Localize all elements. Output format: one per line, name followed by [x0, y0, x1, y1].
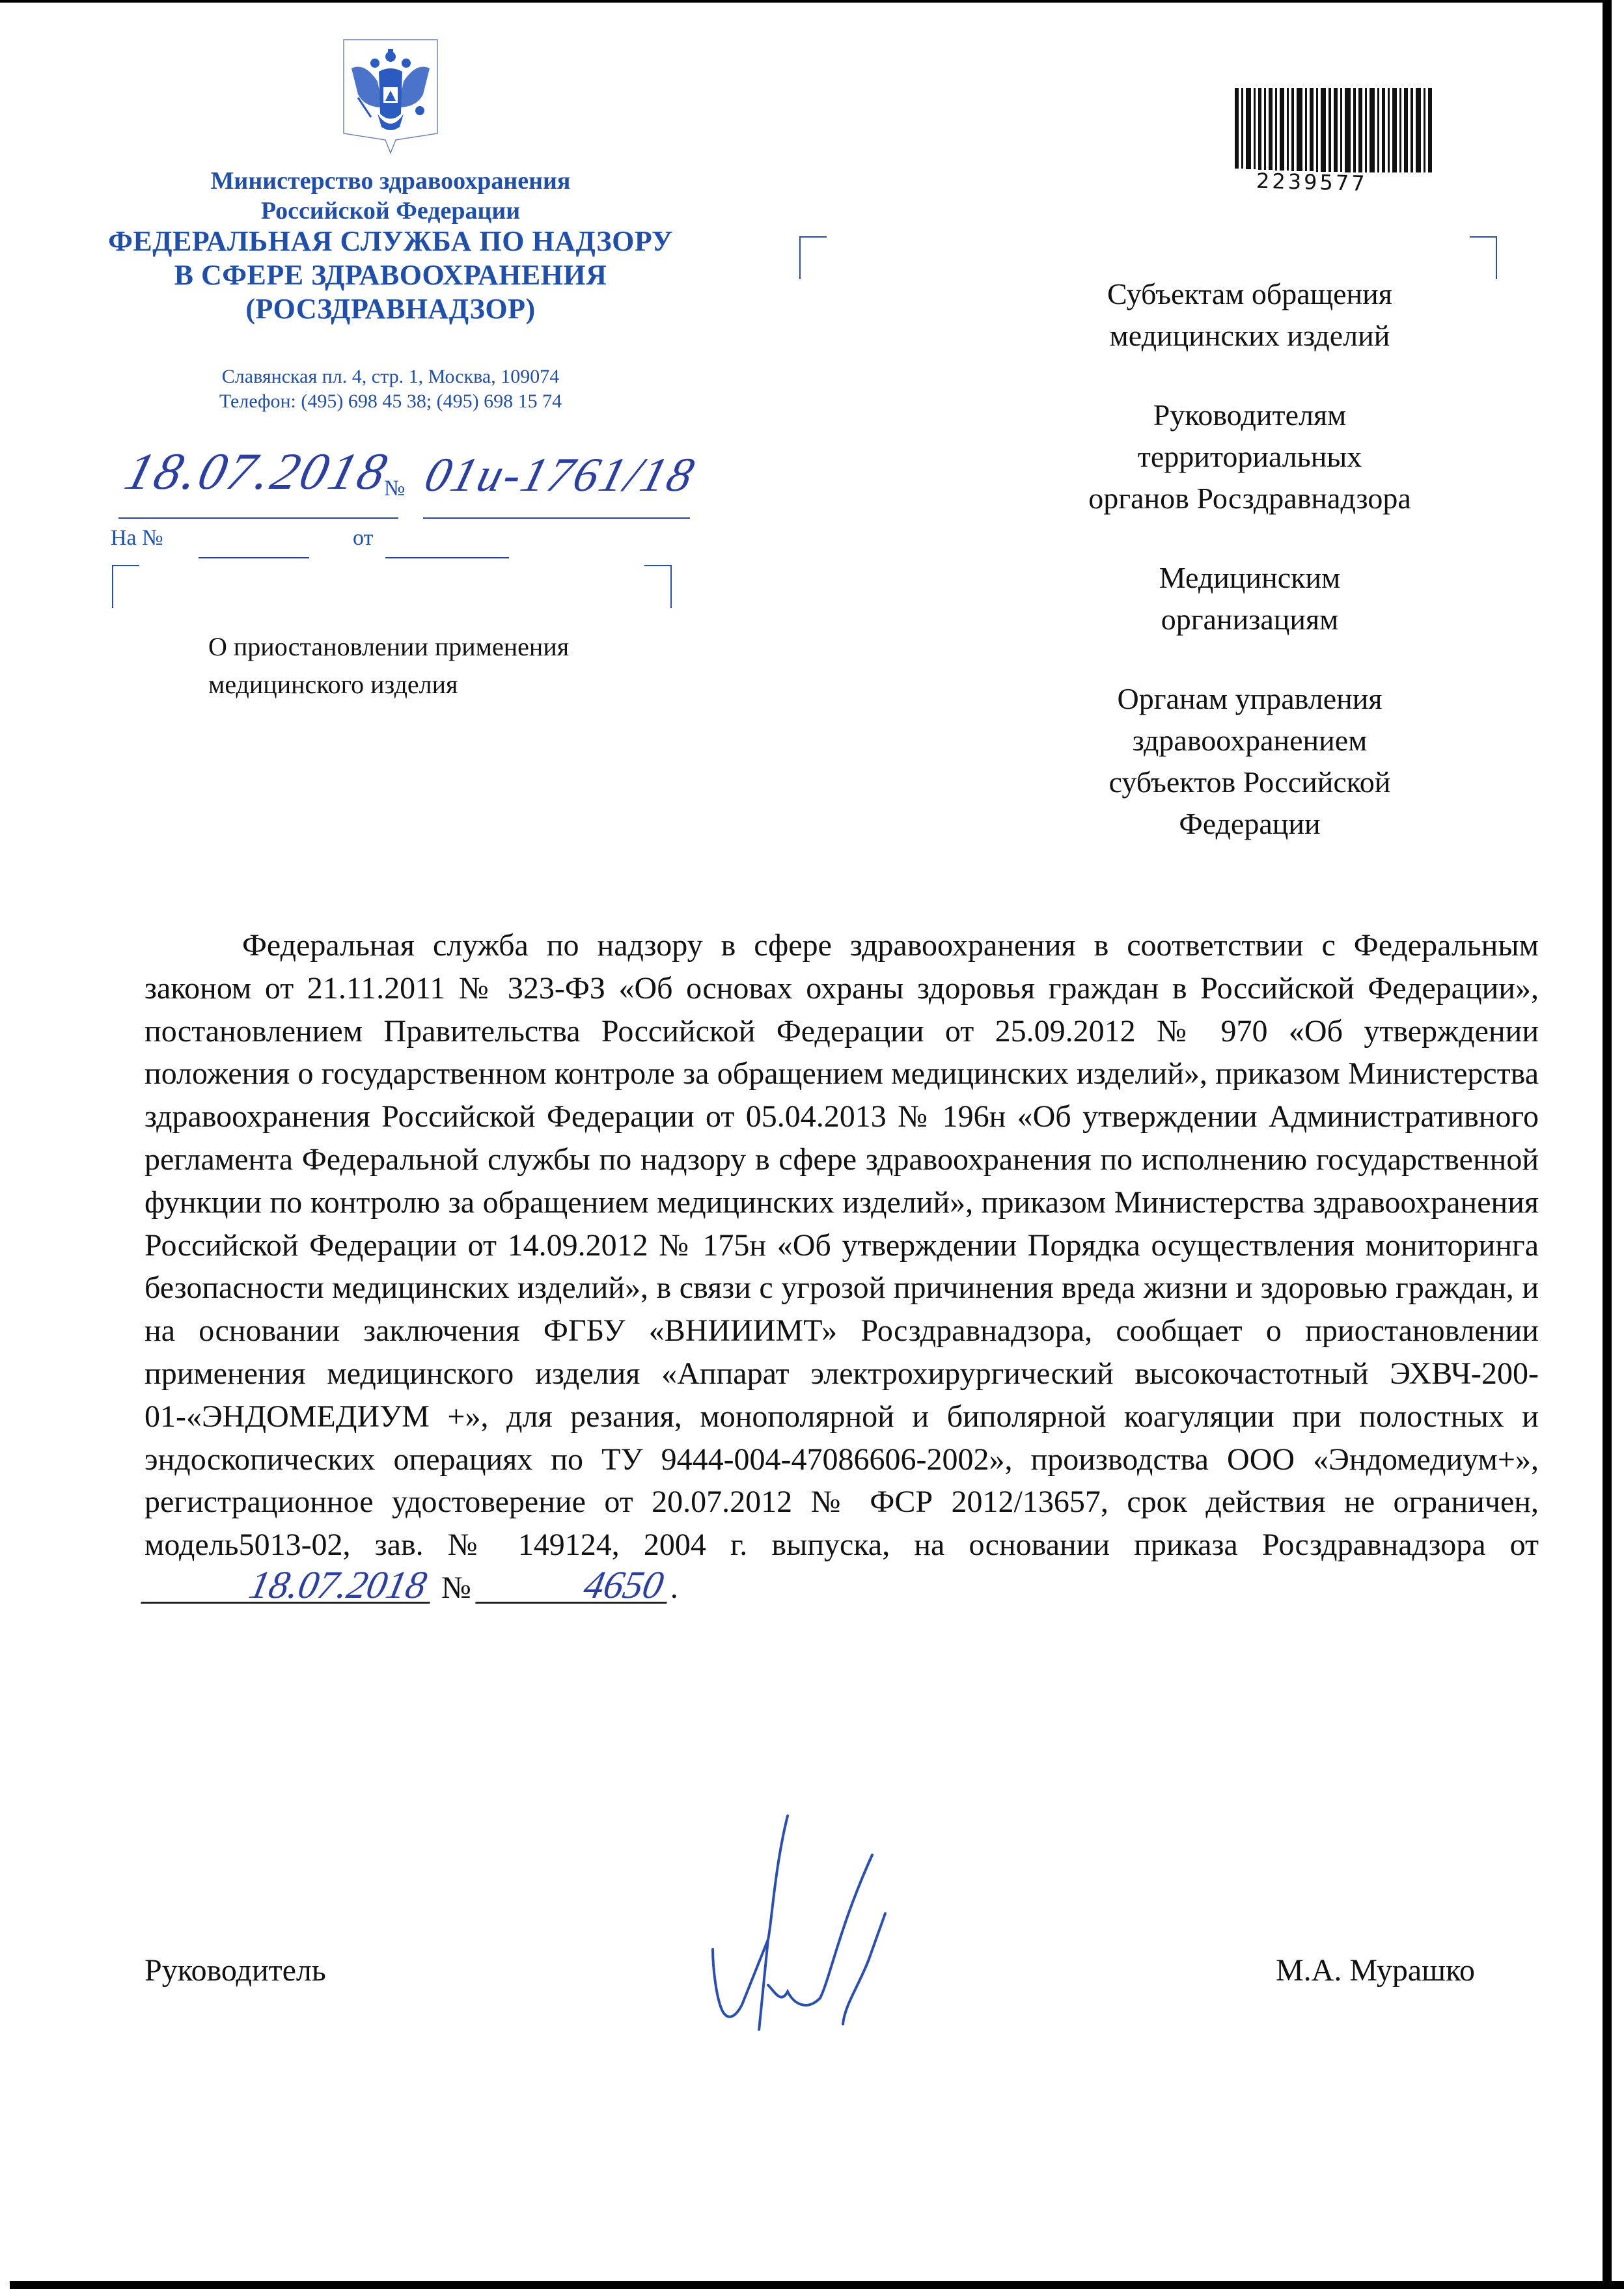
reply-reference-row: На № от [111, 526, 696, 565]
recipient-line: Руководителям [937, 394, 1562, 436]
service-line-1: ФЕДЕРАЛЬНАЯ СЛУЖБА ПО НАДЗОРУ [98, 225, 683, 258]
recipient-territorial-heads: Руководителям территориальных органов Ро… [937, 394, 1562, 519]
coat-of-arms-icon [338, 36, 443, 159]
service-name: ФЕДЕРАЛЬНАЯ СЛУЖБА ПО НАДЗОРУ В СФЕРЕ ЗД… [98, 225, 683, 326]
date-underline [118, 517, 398, 519]
body-paragraph: Федеральная служба по надзору в сфере зд… [145, 928, 1539, 1562]
registration-row: 18.07.2018 № 01и-1761/18 [111, 443, 696, 508]
handwritten-order-date: 18.07.2018 [141, 1568, 437, 1604]
signatory-name: М.А. Мурашко [1276, 1953, 1475, 1988]
ministry-name: Министерство здравоохранения Российской … [98, 166, 683, 226]
address: Славянская пл. 4, стр. 1, Москва, 109074 [98, 364, 683, 389]
handwritten-date: 18.07.2018 [119, 443, 395, 502]
recipient-line: субъектов Российской [937, 761, 1562, 803]
scan-border-right [1603, 0, 1612, 2289]
recipient-line: здравоохранением [937, 720, 1562, 761]
recipient-health-authorities: Органам управления здравоохранением субъ… [937, 678, 1562, 845]
subject: О приостановлении применения медицинског… [208, 628, 703, 704]
scan-border-bottom [10, 2281, 1624, 2289]
service-line-2: В СФЕРЕ ЗДРАВООХРАНЕНИЯ [98, 258, 683, 292]
recipient-line: Субъектам обращения [937, 273, 1562, 315]
letter-body: Федеральная служба по надзору в сфере зд… [145, 924, 1539, 1610]
recipient-line: организациям [937, 599, 1562, 640]
subject-bracket-left [112, 565, 139, 608]
recipient-line: органов Росздравнадзора [937, 478, 1562, 519]
subject-bracket-right [644, 565, 672, 608]
recipient-line: Федерации [937, 803, 1562, 845]
service-line-3: (РОСЗДРАВНАДЗОР) [98, 292, 683, 326]
recipient-medical-organizations: Медицинским организациям [937, 557, 1562, 640]
reply-to-label: На № [111, 526, 163, 551]
order-number-label: № [441, 1570, 471, 1605]
recipient-line: территориальных [937, 436, 1562, 478]
handwritten-outgoing-number: 01и-1761/18 [419, 448, 702, 503]
scan-border-top [0, 0, 1608, 3]
number-label: № [384, 476, 405, 501]
reply-date-blank [385, 557, 509, 558]
recipient-line: Органам управления [937, 678, 1562, 720]
recipient-line: медицинских изделий [937, 315, 1562, 357]
subject-line-2: медицинского изделия [208, 666, 703, 704]
ministry-line-1: Министерство здравоохранения [98, 166, 683, 196]
recipient-bracket-left [799, 236, 827, 279]
number-underline [423, 517, 690, 519]
signature-scribble-icon [677, 1796, 1002, 2031]
ministry-line-2: Российской Федерации [98, 196, 683, 226]
recipients-list: Субъектам обращения медицинских изделий … [937, 273, 1562, 883]
handwritten-order-number: 4650 [475, 1568, 674, 1604]
subject-line-1: О приостановлении применения [208, 628, 703, 666]
from-label: от [353, 526, 373, 551]
reply-number-blank [199, 557, 309, 558]
recipient-line: Медицинским [937, 557, 1562, 599]
contact-info: Славянская пл. 4, стр. 1, Москва, 109074… [98, 364, 683, 414]
signatory-title: Руководитель [145, 1953, 326, 1988]
phone: Телефон: (495) 698 45 38; (495) 698 15 7… [98, 389, 683, 414]
recipient-device-subjects: Субъектам обращения медицинских изделий [937, 273, 1562, 357]
barcode [1235, 88, 1437, 172]
barcode-number: 2239577 [1256, 169, 1426, 198]
